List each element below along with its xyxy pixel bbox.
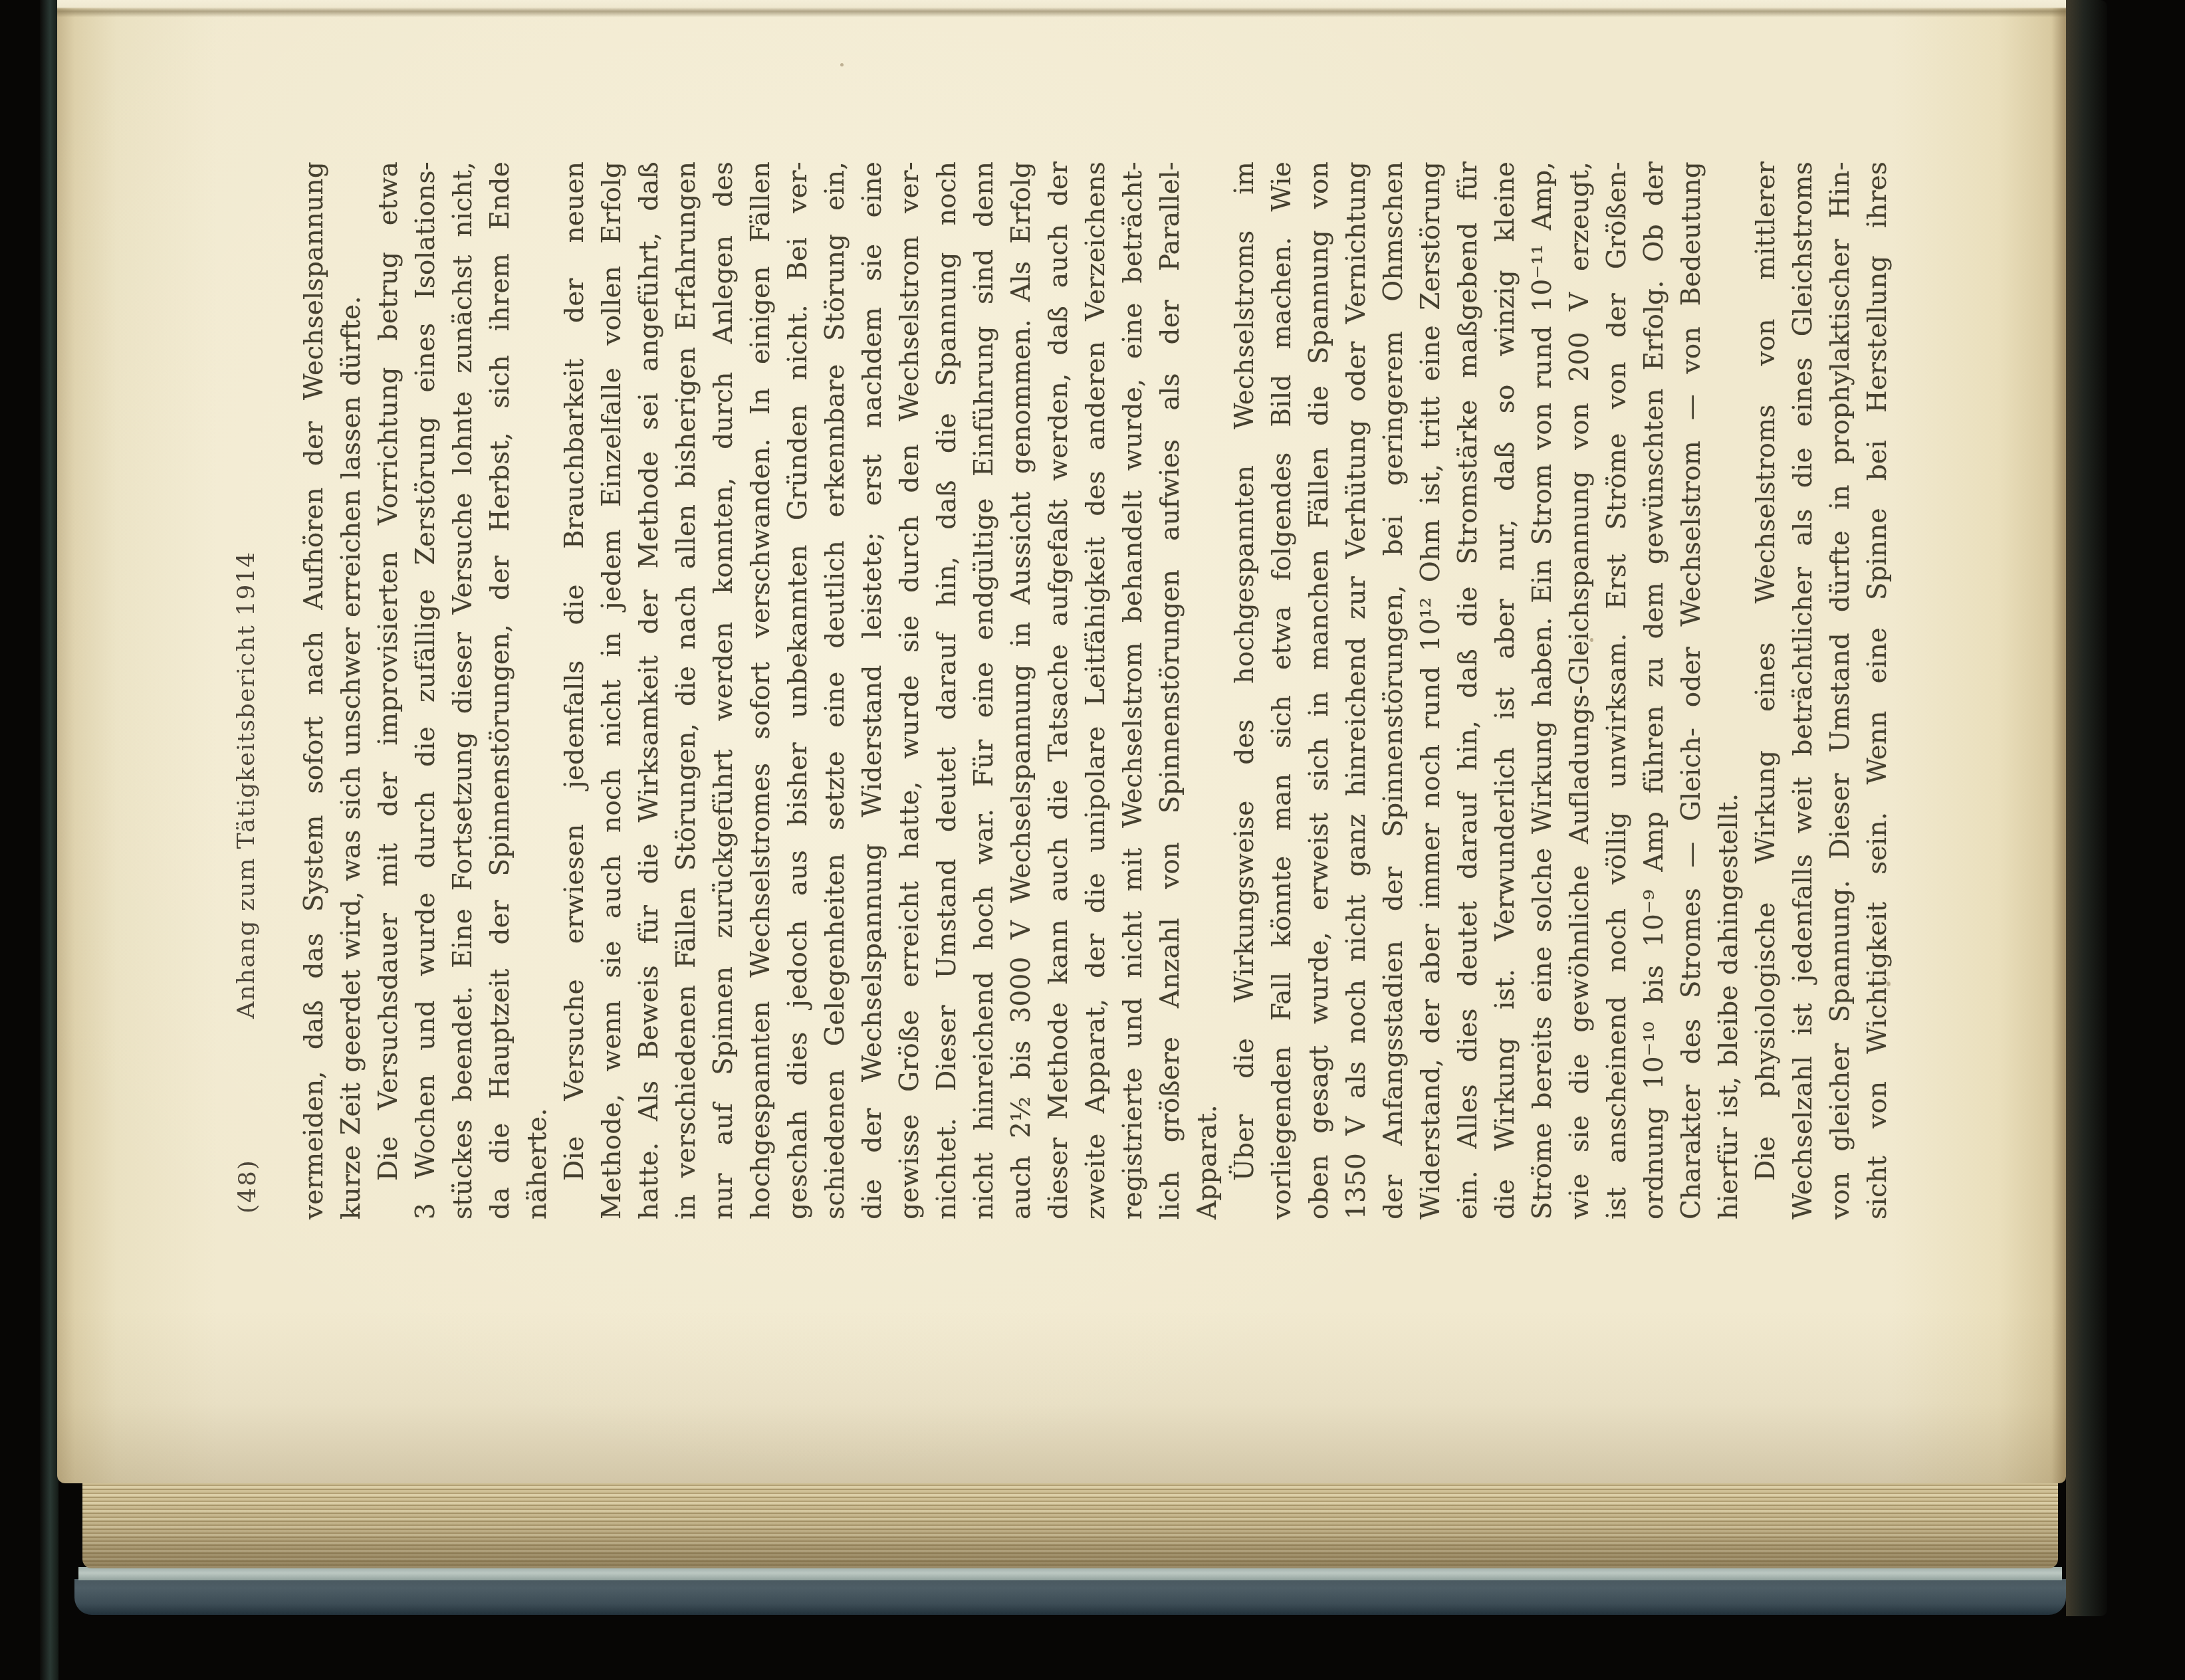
- text-line: Die physiologische Wirkung eines Wechsel…: [1748, 161, 1785, 1219]
- text-line: oben gesagt wurde, erweist sich in manch…: [1301, 161, 1338, 1219]
- bottom-edge-shadow: [2066, 0, 2107, 1616]
- text-line: in verschiedenen Fällen Störungen, die n…: [668, 161, 705, 1219]
- scanned-book-image: (48) Anhang zum Tätigkeitsbericht 1914 v…: [0, 0, 2185, 1680]
- text-line: geschah dies jedoch aus bisher unbekannt…: [780, 161, 817, 1219]
- text-line: der Anfangsstadien der Spinnenstörungen,…: [1375, 161, 1413, 1219]
- text-line: nichtet. Dieser Umstand deutet darauf hi…: [929, 161, 966, 1219]
- text-line: Charakter des Stromes — Gleich- oder Wec…: [1673, 161, 1710, 1219]
- text-line: Methode, wenn sie auch noch nicht in jed…: [594, 161, 631, 1219]
- text-line: registrierte und nicht mit Wechselstrom …: [1115, 161, 1152, 1219]
- text-line: sicht von Wichtigkeit sein. Wenn eine Sp…: [1859, 161, 1897, 1219]
- text-line: die der Wechselspannung Widerstand leist…: [854, 161, 891, 1219]
- text-line: Apparat.: [1189, 161, 1226, 1219]
- text-line: stückes beendet. Eine Fortsetzung dieser…: [445, 161, 482, 1219]
- text-line: hierfür ist, bleibe dahingestellt.: [1710, 161, 1748, 1219]
- text-line: vorliegenden Fall könnte man sich etwa f…: [1264, 161, 1301, 1219]
- text-line: hochgespannten Wechselstromes sofort ver…: [743, 161, 780, 1219]
- text-line: dieser Methode kann auch die Tatsache au…: [1040, 161, 1078, 1219]
- text-line: ist anscheinend noch völlig unwirksam. E…: [1599, 161, 1636, 1219]
- text-line: die Wirkung ist. Verwunderlich ist aber …: [1487, 161, 1524, 1219]
- gutter-spine-edge: [40, 0, 58, 1680]
- text-line: nicht hinreichend hoch war. Für eine end…: [966, 161, 1003, 1219]
- text-line: hatte. Als Beweis für die Wirksamkeit de…: [631, 161, 668, 1219]
- text-line: gewisse Größe erreicht hatte, wurde sie …: [891, 161, 929, 1219]
- text-line: wie sie die gewöhnliche Aufladungs-Gleic…: [1561, 161, 1599, 1219]
- text-line: schiedenen Gelegenheiten setzte eine deu…: [817, 161, 854, 1219]
- text-line: Die Versuche erwiesen jedenfalls die Bra…: [556, 161, 594, 1219]
- page-stack-edge: [82, 1482, 2058, 1568]
- text-line: auch 2½ bis 3000 V Wechselspannung in Au…: [1003, 161, 1040, 1219]
- text-line: ordnung 10⁻¹⁰ bis 10⁻⁹ Amp führen zu dem…: [1636, 161, 1673, 1219]
- text-line: Ströme bereits eine solche Wirkung haben…: [1524, 161, 1561, 1219]
- page-body: vermeiden, daß das System sofort nach Au…: [296, 161, 1897, 1219]
- gutter-fold-shadow: [57, 0, 2066, 17]
- running-header: Anhang zum Tätigkeitsbericht 1914: [233, 551, 260, 1019]
- text-line: näherte.: [519, 161, 556, 1219]
- text-line: 1350 V als noch nicht ganz hinreichend z…: [1338, 161, 1375, 1219]
- text-line: ein. Alles dies deutet darauf hin, daß d…: [1450, 161, 1487, 1219]
- text-line: Widerstand, der aber immer noch rund 10¹…: [1413, 161, 1450, 1219]
- book-cover-edge: [74, 1579, 2066, 1615]
- text-line: Über die Wirkungsweise des hochgespannte…: [1226, 161, 1264, 1219]
- text-line: Die Versuchsdauer mit der improvisierten…: [370, 161, 407, 1219]
- text-line: da die Hauptzeit der Spinnenstörungen, d…: [482, 161, 519, 1219]
- text-line: 3 Wochen und wurde durch die zufällige Z…: [407, 161, 445, 1219]
- text-line: kurze Zeit geerdet wird, was sich unschw…: [333, 161, 370, 1219]
- book-scene: (48) Anhang zum Tätigkeitsbericht 1914 v…: [0, 0, 2185, 1680]
- cover-highlight-edge: [78, 1567, 2062, 1580]
- text-line: Wechselzahl ist jedenfalls weit beträcht…: [1785, 161, 1822, 1219]
- page-number: (48): [234, 1159, 261, 1213]
- text-line: zweite Apparat, der die unipolare Leitfä…: [1078, 161, 1115, 1219]
- text-line: nur auf Spinnen zurückgeführt werden kon…: [705, 161, 743, 1219]
- text-line: von gleicher Spannung. Dieser Umstand dü…: [1822, 161, 1859, 1219]
- text-line: vermeiden, daß das System sofort nach Au…: [296, 161, 333, 1219]
- text-line: lich größere Anzahl von Spinnenstörungen…: [1152, 161, 1189, 1219]
- paper-speck: [840, 63, 844, 66]
